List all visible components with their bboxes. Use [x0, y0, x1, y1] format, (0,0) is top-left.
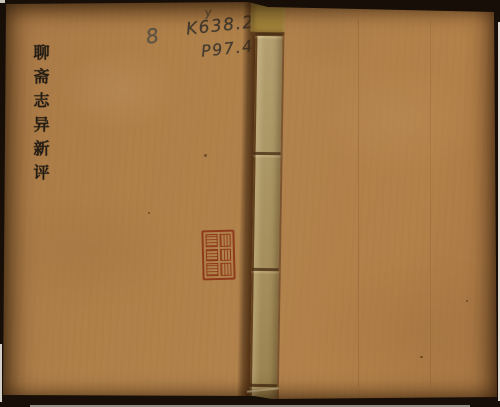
paper-crease	[430, 20, 431, 387]
book-title: 聊斋志异新评	[27, 44, 53, 188]
stitch-seam	[250, 384, 277, 387]
spine-strip	[250, 0, 285, 401]
seal-glyph	[206, 249, 218, 262]
binding-spine	[237, 0, 287, 407]
seal-glyph	[206, 263, 218, 276]
seal-glyph	[219, 234, 231, 247]
photo-edge	[0, 0, 5, 3]
stitch-seam	[255, 33, 282, 36]
paper-speck	[420, 356, 423, 358]
library-seal	[201, 230, 235, 281]
book-photograph: 聊斋志异新评 y 8 K638.2 P97.4	[0, 0, 500, 407]
seal-glyph	[205, 234, 217, 247]
paper-speck	[204, 154, 207, 157]
stitch-seam	[252, 268, 279, 271]
paper-crease	[358, 20, 359, 387]
paper-speck	[466, 300, 468, 302]
seal-glyph	[220, 263, 232, 276]
stitch-seam	[254, 152, 281, 155]
book-cover: 聊斋志异新评 y 8 K638.2 P97.4	[0, 0, 500, 407]
title-label: 聊斋志异新评	[27, 44, 53, 194]
handwritten-number: 8	[144, 23, 161, 49]
seal-glyph	[219, 248, 231, 261]
photo-edge	[0, 344, 2, 402]
paper-speck	[148, 212, 150, 214]
